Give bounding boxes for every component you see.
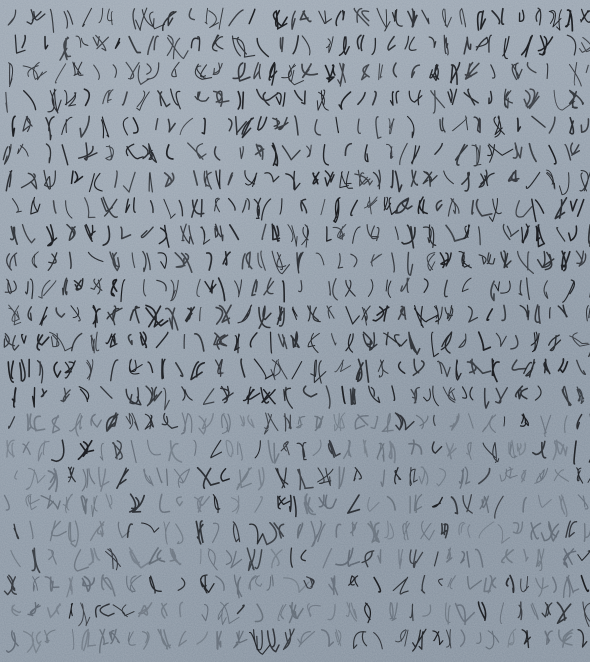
glyph-mark xyxy=(215,224,223,240)
glyph-mark xyxy=(142,523,159,532)
glyph-mark xyxy=(40,307,47,325)
glyph-mark xyxy=(162,414,177,429)
glyph-mark xyxy=(577,468,583,483)
glyph-mark xyxy=(463,387,473,400)
glyph-mark xyxy=(250,524,263,544)
glyph-mark xyxy=(87,360,93,380)
glyph-mark xyxy=(395,413,414,430)
glyph-mark xyxy=(297,252,303,273)
glyph-mark xyxy=(69,521,78,547)
glyph-mark xyxy=(259,468,264,490)
glyph-mark xyxy=(535,305,540,323)
glyph-mark xyxy=(408,9,417,27)
glyph-mark xyxy=(242,118,253,138)
glyph-mark xyxy=(158,253,166,269)
glyph-mark xyxy=(214,91,229,106)
glyph-mark xyxy=(444,35,448,54)
glyph-mark xyxy=(5,496,10,511)
glyph-mark xyxy=(432,332,439,357)
glyph-mark xyxy=(378,550,381,563)
glyph-mark xyxy=(324,145,329,165)
glyph-mark xyxy=(215,147,220,160)
glyph-mark xyxy=(346,307,359,324)
glyph-mark xyxy=(23,225,35,243)
glyph-mark xyxy=(126,413,138,430)
glyph-mark xyxy=(123,92,128,105)
glyph-mark xyxy=(460,8,466,26)
glyph-mark xyxy=(578,495,588,509)
glyph-mark xyxy=(254,198,270,220)
glyph-mark xyxy=(472,145,481,167)
glyph-mark xyxy=(342,387,345,404)
glyph-mark xyxy=(351,388,356,404)
glyph-mark xyxy=(50,332,73,351)
glyph-mark xyxy=(27,10,45,24)
glyph-mark xyxy=(169,441,181,462)
glyph-mark xyxy=(254,359,273,379)
glyph-mark xyxy=(517,443,525,455)
glyph-mark xyxy=(276,93,285,106)
glyph-mark xyxy=(392,386,395,400)
glyph-mark xyxy=(216,170,220,189)
glyph-mark xyxy=(479,227,481,245)
glyph-mark xyxy=(302,225,309,248)
glyph-mark xyxy=(259,306,271,328)
glyph-mark xyxy=(33,388,35,407)
glyph-mark xyxy=(292,362,302,379)
glyph-mark xyxy=(321,199,325,214)
glyph-mark xyxy=(545,631,552,644)
glyph-mark xyxy=(238,92,243,109)
glyph-mark xyxy=(143,252,150,272)
glyph-mark xyxy=(412,146,420,164)
glyph-mark xyxy=(308,604,321,617)
glyph-mark xyxy=(82,469,95,491)
glyph-mark xyxy=(304,494,315,514)
glyph-mark xyxy=(106,146,114,160)
glyph-mark xyxy=(201,575,214,593)
glyph-mark xyxy=(79,387,88,402)
glyph-mark xyxy=(435,144,442,155)
glyph-mark xyxy=(388,37,395,51)
glyph-mark xyxy=(168,119,175,131)
glyph-mark xyxy=(502,550,513,563)
glyph-mark xyxy=(233,522,239,542)
glyph-mark xyxy=(262,224,266,239)
glyph-mark xyxy=(367,225,379,241)
glyph-mark xyxy=(346,280,356,296)
glyph-mark xyxy=(230,225,239,240)
glyph-mark xyxy=(202,118,205,133)
glyph-mark xyxy=(249,9,255,23)
glyph-mark xyxy=(8,361,13,382)
glyph-mark xyxy=(532,116,545,127)
glyph-mark xyxy=(536,225,544,247)
glyph-mark xyxy=(571,200,584,217)
glyph-mark xyxy=(358,119,360,133)
glyph-mark xyxy=(586,65,590,72)
glyph-mark xyxy=(387,144,393,158)
glyph-mark xyxy=(478,11,486,30)
glyph-mark xyxy=(240,147,243,159)
glyph-mark xyxy=(217,632,221,650)
glyph-mark xyxy=(272,224,279,241)
glyph-mark xyxy=(136,8,165,30)
glyph-mark xyxy=(413,359,424,375)
glyph-mark xyxy=(371,414,393,432)
glyph-mark xyxy=(464,89,478,105)
glyph-mark xyxy=(129,37,140,53)
glyph-mark xyxy=(121,227,131,238)
glyph-mark xyxy=(268,629,279,652)
glyph-mark xyxy=(238,605,245,613)
glyph-mark xyxy=(442,524,448,538)
glyph-mark xyxy=(409,440,421,454)
glyph-mark xyxy=(219,278,225,300)
glyph-mark xyxy=(165,173,174,187)
glyph-mark xyxy=(52,440,64,461)
glyph-mark xyxy=(54,362,61,377)
glyph-mark xyxy=(509,171,519,182)
glyph-mark xyxy=(94,65,100,79)
glyph-mark xyxy=(41,496,60,510)
glyph-mark xyxy=(22,173,37,189)
glyph-mark xyxy=(70,252,72,268)
glyph-mark xyxy=(410,550,423,567)
glyph-mark xyxy=(532,199,544,221)
glyph-mark xyxy=(92,496,98,517)
glyph-mark xyxy=(421,576,424,594)
glyph-mark xyxy=(476,549,483,566)
glyph-mark xyxy=(583,602,590,627)
glyph-mark xyxy=(46,144,50,163)
glyph-mark xyxy=(522,470,526,482)
glyph-mark xyxy=(39,280,56,298)
glyph-mark xyxy=(500,603,503,624)
glyph-mark xyxy=(364,197,377,214)
glyph-mark xyxy=(570,91,584,108)
glyph-mark xyxy=(435,552,439,566)
glyph-mark xyxy=(503,224,518,239)
glyph-mark xyxy=(172,62,179,76)
glyph-mark xyxy=(164,522,170,544)
glyph-mark xyxy=(107,413,118,431)
glyph-mark xyxy=(384,197,397,214)
glyph-mark xyxy=(462,173,469,191)
glyph-mark xyxy=(5,279,16,294)
glyph-mark xyxy=(494,116,504,137)
glyph-mark xyxy=(538,252,554,270)
glyph-mark xyxy=(160,494,170,512)
glyph-mark xyxy=(319,11,332,24)
glyph-mark xyxy=(93,35,108,50)
glyph-mark xyxy=(327,227,331,241)
glyph-mark xyxy=(238,305,252,323)
glyph-mark xyxy=(459,522,470,537)
glyph-mark xyxy=(429,37,436,47)
glyph-mark xyxy=(164,388,170,410)
glyph-mark xyxy=(549,146,556,164)
glyph-mark xyxy=(483,443,499,463)
glyph-mark xyxy=(32,252,38,268)
glyph-mark xyxy=(325,171,334,186)
glyph-mark xyxy=(191,37,199,51)
glyph-mark xyxy=(65,91,76,107)
glyph-mark xyxy=(255,604,262,621)
glyph-mark xyxy=(174,469,189,487)
glyph-mark xyxy=(44,170,55,189)
glyph-mark xyxy=(26,468,45,489)
glyph-mark xyxy=(365,603,371,623)
glyph-mark xyxy=(83,8,92,26)
glyph-mark xyxy=(271,332,272,353)
glyph-mark xyxy=(295,91,306,104)
glyph-mark xyxy=(256,144,264,159)
glyph-mark xyxy=(559,173,569,195)
glyph-mark xyxy=(564,576,579,598)
glyph-mark xyxy=(302,36,310,55)
glyph-mark xyxy=(371,254,382,266)
glyph-mark xyxy=(72,629,73,649)
glyph-mark xyxy=(368,522,379,542)
glyph-mark xyxy=(336,117,338,132)
glyph-mark xyxy=(368,498,379,512)
glyph-mark xyxy=(430,65,439,81)
glyph-mark xyxy=(372,38,375,54)
glyph-mark xyxy=(293,36,298,54)
glyph-mark xyxy=(393,577,408,594)
glyph-mark xyxy=(424,386,439,406)
glyph-mark xyxy=(74,279,82,290)
glyph-mark xyxy=(541,415,551,436)
glyph-mark xyxy=(207,253,212,270)
glyph-mark xyxy=(346,603,356,622)
glyph-mark xyxy=(111,280,116,296)
glyph-mark xyxy=(445,306,453,321)
glyph-mark xyxy=(489,199,501,222)
glyph-mark xyxy=(413,629,426,651)
glyph-mark xyxy=(487,309,492,320)
glyph-mark xyxy=(47,225,57,246)
glyph-mark xyxy=(141,227,153,237)
glyph-mark xyxy=(222,414,231,434)
glyph-mark xyxy=(282,64,304,85)
glyph-mark xyxy=(129,359,142,374)
glyph-mark xyxy=(538,36,552,55)
glyph-mark xyxy=(403,522,410,540)
glyph-mark xyxy=(215,198,220,212)
glyph-mark xyxy=(26,279,33,299)
glyph-mark xyxy=(80,116,89,137)
glyph-mark xyxy=(235,575,242,598)
glyph-mark xyxy=(292,307,297,319)
glyph-mark xyxy=(399,306,406,319)
glyph-mark xyxy=(195,334,204,351)
glyph-mark xyxy=(377,8,390,31)
glyph-mark xyxy=(126,198,135,213)
glyph-mark xyxy=(318,468,333,486)
glyph-mark xyxy=(365,145,368,162)
glyph-mark xyxy=(271,360,287,380)
glyph-mark xyxy=(102,117,109,138)
glyph-mark xyxy=(295,116,298,135)
glyph-mark xyxy=(54,201,56,213)
glyph-mark xyxy=(204,171,211,189)
glyph-mark xyxy=(272,251,289,274)
glyph-mark xyxy=(311,360,326,383)
glyph-mark xyxy=(103,226,109,245)
glyph-mark xyxy=(143,632,150,650)
glyph-mark xyxy=(162,359,165,378)
glyph-mark xyxy=(171,89,181,109)
glyph-mark xyxy=(12,116,15,136)
glyph-mark xyxy=(27,414,44,431)
glyph-mark xyxy=(544,281,548,299)
glyph-mark xyxy=(247,548,261,570)
glyph-mark xyxy=(400,144,407,165)
glyph-mark xyxy=(8,10,15,25)
glyph-mark xyxy=(3,145,11,165)
glyph-mark xyxy=(410,604,413,620)
glyph-mark xyxy=(516,386,528,399)
glyph-mark xyxy=(52,416,59,433)
glyph-mark xyxy=(50,9,53,32)
glyph-mark xyxy=(242,252,251,269)
glyph-mark xyxy=(459,252,471,268)
glyph-mark xyxy=(392,253,395,272)
glyph-mark xyxy=(351,522,357,535)
glyph-mark xyxy=(280,199,282,214)
glyph-mark xyxy=(484,576,495,593)
glyph-mark xyxy=(531,523,540,539)
glyph-mark xyxy=(194,171,198,185)
glyph-mark xyxy=(336,548,359,566)
glyph-mark xyxy=(533,442,546,458)
glyph-mark xyxy=(363,332,377,350)
glyph-mark xyxy=(516,201,532,217)
glyph-mark xyxy=(226,440,233,456)
glyph-mark xyxy=(304,386,317,397)
glyph-mark xyxy=(451,63,460,85)
glyph-mark xyxy=(500,467,517,481)
glyph-mark xyxy=(479,602,486,620)
glyph-mark xyxy=(180,602,183,616)
glyph-mark xyxy=(302,64,317,77)
glyph-mark xyxy=(386,280,391,297)
glyph-mark xyxy=(474,117,480,132)
glyph-mark xyxy=(279,334,287,348)
glyph-mark xyxy=(520,305,529,320)
glyph-mark xyxy=(410,467,417,485)
glyph-mark xyxy=(549,10,561,30)
glyph-mark xyxy=(348,495,360,513)
glyph-mark xyxy=(549,117,555,133)
glyph-mark xyxy=(128,335,132,345)
glyph-mark xyxy=(554,470,568,482)
glyph-mark xyxy=(151,201,153,213)
glyph-mark xyxy=(195,64,211,79)
glyph-mark xyxy=(374,578,380,592)
glyph-mark xyxy=(159,225,169,247)
glyph-mark xyxy=(71,306,80,321)
glyph-mark xyxy=(223,252,230,265)
glyph-mark xyxy=(157,468,168,485)
glyph-mark xyxy=(389,119,394,134)
glyph-mark xyxy=(569,63,581,87)
glyph-mark xyxy=(536,549,544,570)
glyph-mark xyxy=(409,91,422,105)
glyph-mark xyxy=(179,631,187,646)
glyph-mark xyxy=(6,92,8,112)
glyph-mark xyxy=(257,90,278,106)
glyph-mark xyxy=(149,173,152,192)
glyph-mark xyxy=(195,496,210,512)
glyph-mark xyxy=(297,417,305,428)
glyph-mark xyxy=(82,577,94,592)
glyph-mark xyxy=(389,441,395,462)
glyph-mark xyxy=(33,577,40,592)
glyph-mark xyxy=(203,389,213,405)
glyph-mark xyxy=(280,38,282,52)
glyph-mark xyxy=(22,335,26,344)
glyph-mark xyxy=(559,359,568,372)
glyph-mark xyxy=(91,279,102,294)
glyph-mark xyxy=(149,548,164,564)
glyph-mark xyxy=(171,280,179,301)
glyph-mark xyxy=(536,578,548,596)
glyph-mark xyxy=(439,579,443,586)
glyph-mark xyxy=(167,35,188,58)
glyph-mark xyxy=(72,171,83,183)
glyph-mark xyxy=(577,415,582,429)
glyph-mark xyxy=(476,35,491,52)
glyph-mark xyxy=(106,494,112,509)
glyph-mark xyxy=(557,603,570,624)
glyph-mark xyxy=(395,227,398,240)
glyph-mark xyxy=(240,415,254,427)
glyph-mark xyxy=(177,497,183,506)
glyph-mark xyxy=(22,36,25,48)
glyph-mark xyxy=(76,36,88,47)
glyph-mark xyxy=(282,146,300,160)
glyph-mark xyxy=(93,306,100,327)
glyph-mark xyxy=(67,225,75,241)
glyph-mark xyxy=(463,495,472,513)
glyph-mark xyxy=(502,305,505,320)
glyph-mark xyxy=(362,551,374,567)
glyph-mark xyxy=(63,494,72,513)
glyph-mark xyxy=(124,172,136,192)
glyph-mark xyxy=(448,199,459,217)
glyph-mark xyxy=(436,201,441,211)
glyph-mark xyxy=(408,116,414,137)
glyph-mark xyxy=(145,414,153,429)
glyph-mark xyxy=(278,604,286,620)
glyph-mark xyxy=(123,118,127,135)
glyph-mark xyxy=(91,414,101,427)
glyph-mark xyxy=(192,200,204,218)
glyph-mark xyxy=(237,468,251,490)
glyph-mark xyxy=(433,498,443,507)
glyph-mark xyxy=(508,629,516,647)
glyph-mark xyxy=(504,417,505,426)
glyph-mark xyxy=(211,440,222,457)
glyph-mark xyxy=(577,360,586,374)
glyph-mark xyxy=(354,468,361,481)
glyph-mark xyxy=(315,120,320,135)
glyph-mark xyxy=(284,414,291,431)
glyph-mark xyxy=(511,336,518,349)
